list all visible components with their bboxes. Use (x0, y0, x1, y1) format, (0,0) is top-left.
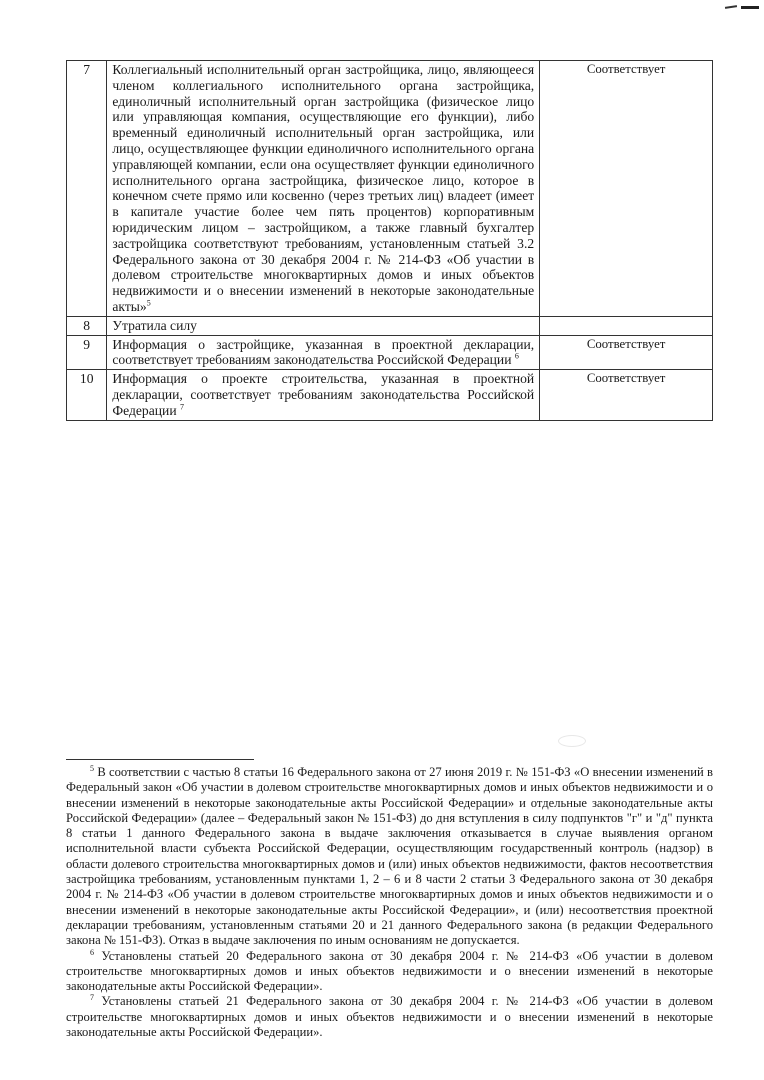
footnote-ref: 5 (147, 298, 151, 307)
footnote-6: 6 Установлены статьей 20 Федерального за… (66, 949, 713, 995)
row-status: Соответствует (540, 61, 713, 317)
footnote-text: Установлены статьей 21 Федерального зако… (66, 994, 713, 1039)
row-description: Утратила силу (107, 316, 540, 335)
compliance-table: 7 Коллегиальный исполнительный орган зас… (66, 60, 713, 421)
row-description: Коллегиальный исполнительный орган застр… (107, 61, 540, 317)
row-description: Информация о проекте строительства, указ… (107, 370, 540, 420)
row-text: Коллегиальный исполнительный орган застр… (112, 62, 534, 314)
footnote-5: 5 В соответствии с частью 8 статьи 16 Фе… (66, 765, 713, 949)
row-text: Информация о проекте строительства, указ… (112, 371, 534, 418)
table-row: 10 Информация о проекте строительства, у… (67, 370, 713, 420)
scan-artifact-smudge (558, 735, 586, 747)
footnote-separator (66, 759, 254, 760)
row-status: Соответствует (540, 370, 713, 420)
row-text: Утратила силу (112, 318, 197, 333)
table-row: 8 Утратила силу (67, 316, 713, 335)
footnote-ref: 7 (180, 402, 184, 411)
row-text: Информация о застройщике, указанная в пр… (112, 337, 534, 368)
table-row: 9 Информация о застройщике, указанная в … (67, 335, 713, 370)
row-number: 8 (67, 316, 107, 335)
row-number: 9 (67, 335, 107, 370)
row-status (540, 316, 713, 335)
row-number: 7 (67, 61, 107, 317)
footnote-text: Установлены статьей 20 Федерального зако… (66, 949, 713, 994)
footnotes-section: 5 В соответствии с частью 8 статьи 16 Фе… (66, 765, 713, 1040)
row-description: Информация о застройщике, указанная в пр… (107, 335, 540, 370)
row-number: 10 (67, 370, 107, 420)
row-status: Соответствует (540, 335, 713, 370)
footnote-text: В соответствии с частью 8 статьи 16 Феде… (66, 765, 713, 947)
scan-artifact-mark (725, 5, 761, 9)
table-row: 7 Коллегиальный исполнительный орган зас… (67, 61, 713, 317)
footnote-ref: 6 (515, 352, 519, 361)
footnote-7: 7 Установлены статьей 21 Федерального за… (66, 994, 713, 1040)
document-page: 7 Коллегиальный исполнительный орган зас… (0, 0, 764, 1080)
